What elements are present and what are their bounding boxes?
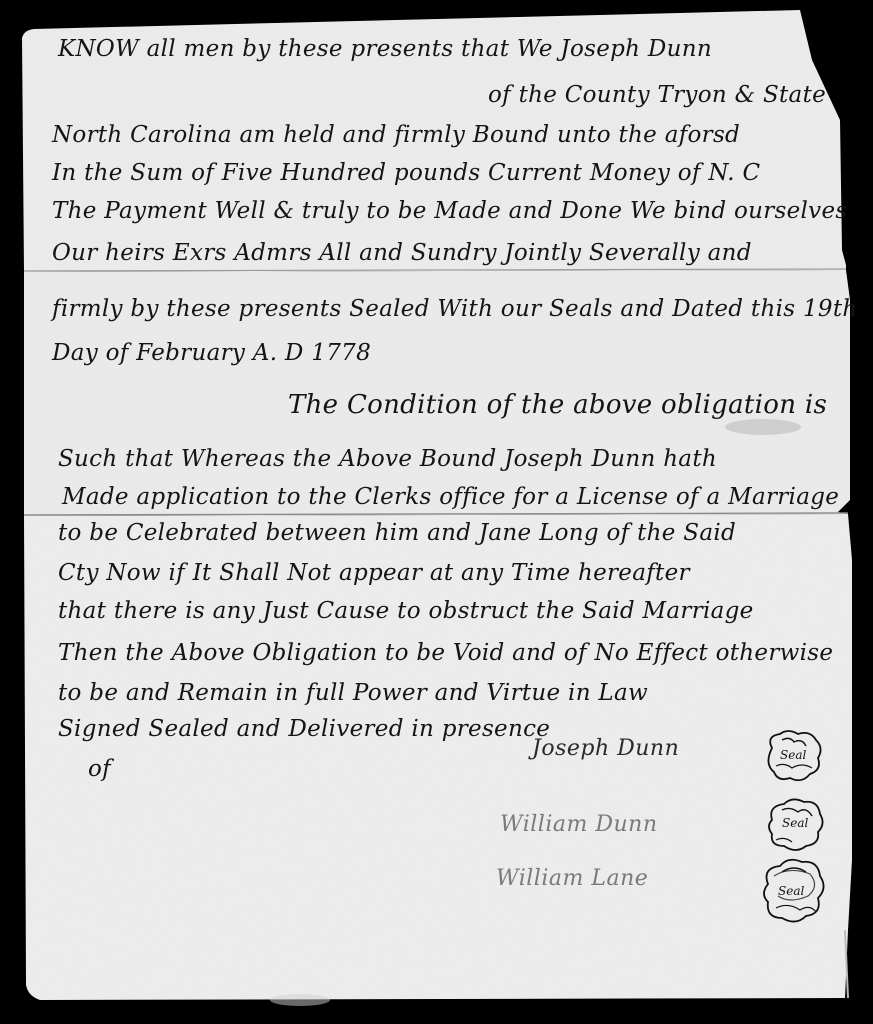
bond-line-4: In the Sum of Five Hundred pounds Curren…: [52, 160, 760, 186]
seal-3: Seal: [760, 856, 824, 924]
condition-line-6: Then the Above Obligation to be Void and…: [58, 640, 833, 666]
bond-line-5: The Payment Well & truly to be Made and …: [52, 198, 848, 224]
condition-line-1: Such that Whereas the Above Bound Joseph…: [58, 446, 717, 472]
condition-heading: The Condition of the above obligation is: [288, 390, 827, 420]
condition-line-3: to be Celebrated between him and Jane Lo…: [58, 520, 736, 546]
condition-line-7: to be and Remain in full Power and Virtu…: [58, 680, 648, 706]
bond-line-7: firmly by these presents Sealed With our…: [52, 296, 857, 322]
signature-william-lane: William Lane: [496, 866, 648, 891]
attestation-of: of: [88, 756, 111, 782]
bond-line-2: of the County Tryon & State: [488, 82, 826, 108]
signature-william-dunn: William Dunn: [500, 812, 658, 837]
seal-1-label: Seal: [780, 748, 806, 762]
condition-line-4: Cty Now if It Shall Not appear at any Ti…: [58, 560, 690, 586]
seal-3-label: Seal: [778, 884, 804, 898]
condition-line-2: Made application to the Clerks office fo…: [62, 484, 839, 510]
document-page: KNOW all men by these presents that We J…: [0, 0, 873, 1024]
signature-joseph-dunn: Joseph Dunn: [532, 736, 679, 761]
attestation-line: Signed Sealed and Delivered in presence: [58, 716, 550, 742]
bond-line-1: KNOW all men by these presents that We J…: [58, 36, 712, 62]
seal-2: Seal: [764, 796, 828, 854]
bond-line-8: Day of February A. D 1778: [52, 340, 371, 366]
seal-2-label: Seal: [782, 816, 808, 830]
bond-line-3: North Carolina am held and firmly Bound …: [52, 122, 740, 148]
condition-line-5: that there is any Just Cause to obstruct…: [58, 598, 754, 624]
paper-sheet: [0, 0, 873, 1024]
bond-line-6: Our heirs Exrs Admrs All and Sundry Join…: [52, 240, 752, 266]
seal-1: Seal: [762, 728, 826, 786]
